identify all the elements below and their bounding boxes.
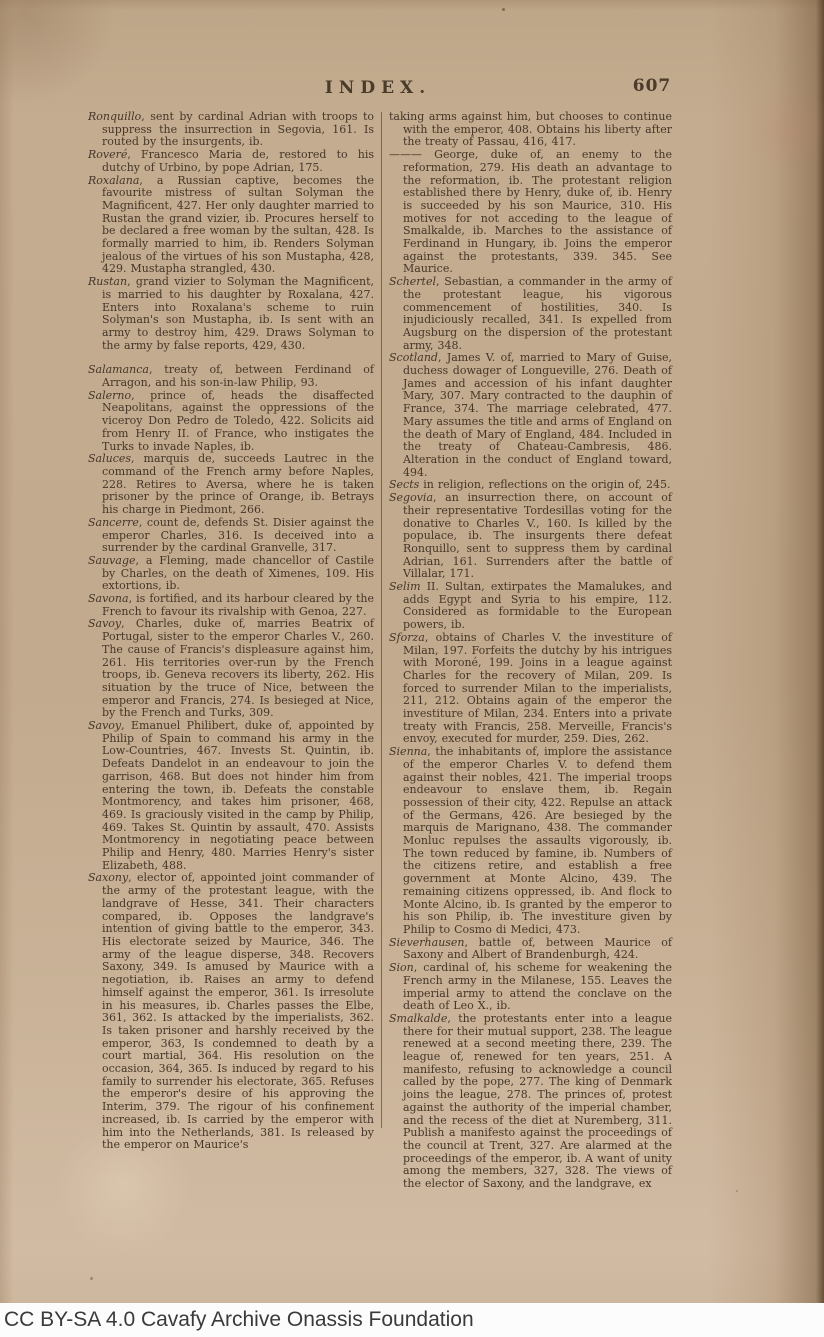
entry-term: Saluces (88, 452, 131, 465)
index-entry: Roveré, Francesco Maria de, restored to … (88, 149, 374, 174)
entry-term: Sects (389, 478, 419, 491)
index-entry: Smalkalde, the protestants enter into a … (389, 1013, 672, 1191)
entry-term: Savoy (88, 617, 121, 630)
index-entry: Sieverhausen, battle of, between Maurice… (389, 937, 672, 962)
index-entry: Saluces, marquis de, succeeds Lautrec in… (88, 453, 374, 517)
entry-term: Ronquillo (88, 110, 141, 123)
entry-term: Sancerre (88, 516, 139, 529)
index-entry: Savoy, Charles, duke of, marries Beatrix… (88, 618, 374, 720)
index-entry: Salerno, prince of, heads the disaffecte… (88, 390, 374, 454)
index-entry: Sauvage, a Fleming, made chancellor of C… (88, 555, 374, 593)
entry-term: Sauvage (88, 554, 136, 567)
index-entry: Saxony, elector of, appointed joint comm… (88, 872, 374, 1151)
entry-term: Sforza (389, 631, 425, 644)
index-entry: Sienna, the inhabitants of, implore the … (389, 746, 672, 937)
entry-term: Rustan (88, 275, 127, 288)
entry-term: ——— (389, 148, 422, 161)
page-number: 607 (620, 76, 684, 96)
entry-term: Savona (88, 592, 129, 605)
entry-text: , count de, defends St. Disier against t… (102, 516, 374, 554)
index-entry: Rustan, grand vizier to Solyman the Magn… (88, 276, 374, 352)
entry-text: , Emanuel Philibert, duke of, appointed … (102, 719, 374, 872)
entry-text: , obtains of Charles V. the investiture … (403, 631, 672, 746)
column-right: taking arms against him, but chooses to … (389, 111, 672, 1191)
entry-text: , elector of, appointed joint commander … (102, 871, 374, 1151)
entry-term: Smalkalde (389, 1012, 447, 1025)
index-entry: Schertel, Sebastian, a commander in the … (389, 276, 672, 352)
index-entry: Sion, cardinal of, his scheme for weaken… (389, 962, 672, 1013)
index-entry: Sforza, obtains of Charles V. the invest… (389, 632, 672, 746)
column-left: Ronquillo, sent by cardinal Adrian with … (88, 111, 374, 1152)
entry-text: , cardinal of, his scheme for weakening … (403, 961, 672, 1012)
paper-speck (90, 1277, 93, 1280)
entry-term: Scotland (389, 351, 438, 364)
entry-text: , is fortified, and its harbour cleared … (102, 592, 374, 618)
column-divider-rule (381, 112, 382, 1128)
page-title: INDEX. (308, 78, 448, 98)
entry-text: , an insurrection there, on account of t… (403, 491, 672, 580)
index-entry: Savona, is fortified, and its harbour cl… (88, 593, 374, 618)
index-entry: Roxalana, a Russian captive, becomes the… (88, 175, 374, 277)
entry-text: , sent by cardinal Adrian with troops to… (102, 110, 374, 148)
index-entry: taking arms against him, but chooses to … (389, 111, 672, 149)
index-entry: Ronquillo, sent by cardinal Adrian with … (88, 111, 374, 149)
entry-text: , Francesco Maria de, restored to his du… (102, 148, 374, 174)
entry-text: taking arms against him, but chooses to … (389, 110, 672, 148)
entry-term: Sion (389, 961, 414, 974)
index-entry: ——— George, duke of, an enemy to the ref… (389, 149, 672, 276)
entry-term: Salerno (88, 389, 131, 402)
entry-term: Saxony (88, 871, 128, 884)
entry-text: , Sebastian, a commander in the army of … (403, 275, 672, 352)
index-entry: Salamanca, treaty of, between Ferdinand … (88, 364, 374, 389)
entry-term: Sienna (389, 745, 427, 758)
entry-term: Segovia (389, 491, 433, 504)
entry-text: , James V. of, married to Mary of Guise,… (403, 351, 672, 478)
paper-speck (502, 8, 505, 11)
entry-term: Roxalana (88, 174, 139, 187)
index-entry: Selim II. Sultan, extirpates the Mamaluk… (389, 581, 672, 632)
paper-speck (736, 1190, 738, 1192)
entry-text: II. Sultan, extirpates the Mamalukes, an… (403, 580, 672, 631)
attribution-bar: CC BY-SA 4.0 Cavafy Archive Onassis Foun… (0, 1303, 824, 1337)
entry-text: , the protestants enter into a league th… (403, 1012, 672, 1190)
entry-text: in religion, reflections on the origin o… (419, 478, 670, 491)
entry-text: , Charles, duke of, marries Beatrix of P… (102, 617, 374, 719)
entry-term: Sieverhausen (389, 936, 465, 949)
index-entry: Sancerre, count de, defends St. Disier a… (88, 517, 374, 555)
index-entry: Savoy, Emanuel Philibert, duke of, appoi… (88, 720, 374, 872)
entry-text: , marquis de, succeeds Lautrec in the co… (102, 452, 374, 516)
entry-text: George, duke of, an enemy to the reforma… (403, 148, 672, 275)
entry-term: Schertel (389, 275, 436, 288)
index-entry: Segovia, an insurrection there, on accou… (389, 492, 672, 581)
entry-term: Salamanca (88, 363, 149, 376)
entry-text: , prince of, heads the disaffected Neapo… (102, 389, 374, 453)
index-entry: Scotland, James V. of, married to Mary o… (389, 352, 672, 479)
entry-text: , grand vizier to Solyman the Magnificen… (102, 275, 374, 352)
entry-text: , a Fleming, made chancellor of Castile … (102, 554, 374, 592)
entry-term: Savoy (88, 719, 121, 732)
entry-text: , a Russian captive, becomes the favouri… (102, 174, 374, 276)
license-attribution-text: CC BY-SA 4.0 Cavafy Archive Onassis Foun… (0, 1303, 824, 1336)
entry-text: , the inhabitants of, implore the assist… (403, 745, 672, 936)
entry-term: Roveré (88, 148, 127, 161)
entry-term: Selim (389, 580, 421, 593)
